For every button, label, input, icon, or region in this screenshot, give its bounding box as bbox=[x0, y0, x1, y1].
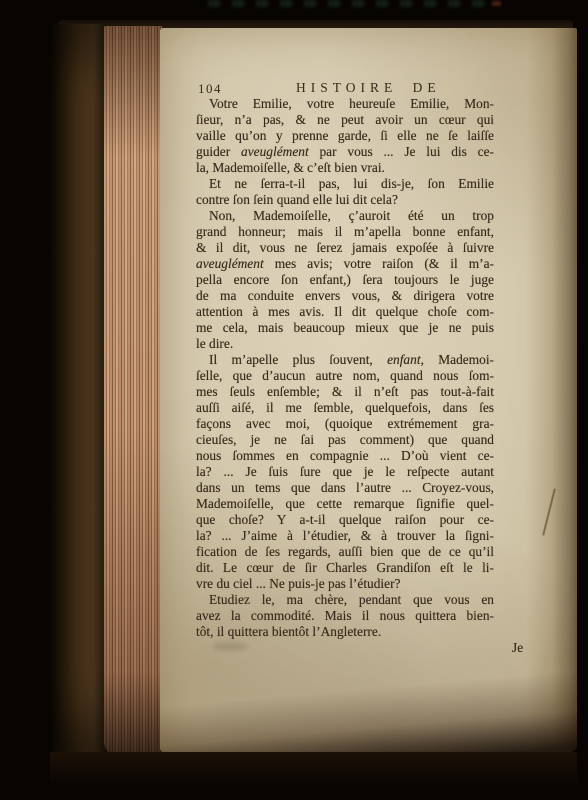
book-photo: 104 HISTOIRE DE Votre Emilie, votre heur… bbox=[0, 0, 588, 800]
text-segment: attention à mes avis. Il dit quelque cho… bbox=[196, 304, 494, 319]
text-segment: Votre Emilie, votre heureuſe Emilie, Mon… bbox=[209, 96, 494, 111]
page-bottom-shadow bbox=[160, 657, 577, 752]
text-line: vaille qu’on y prenne garde, ſi elle ne … bbox=[196, 128, 494, 144]
scan-artifact bbox=[208, 0, 484, 7]
text-segment: Il m’apelle plus ſouvent, bbox=[209, 352, 387, 367]
text-segment: la? ... J’aime à l’étudier, & à trouver … bbox=[196, 528, 494, 543]
text-segment: vaille qu’on y prenne garde, ſi elle ne … bbox=[196, 128, 494, 143]
text-line: Il m’apelle plus ſouvent, enfant, Mademo… bbox=[196, 352, 494, 368]
text-segment: aveuglément bbox=[241, 144, 309, 159]
text-segment: le dire. bbox=[196, 336, 233, 351]
text-segment: cieuſes, je ne ſai pas comment) que quan… bbox=[196, 432, 494, 447]
page-number: 104 bbox=[198, 81, 222, 97]
text-segment: par vous ... Je lui dis ce- bbox=[309, 144, 494, 159]
text-segment: Non, Mademoiſelle, ç’auroit été un trop bbox=[209, 208, 494, 223]
text-segment: la, Mademoiſelle, & c’eſt bien vrai. bbox=[196, 160, 385, 175]
text-block: Votre Emilie, votre heureuſe Emilie, Mon… bbox=[196, 96, 494, 640]
book-cover-edge bbox=[50, 24, 106, 760]
text-segment: ſieur, n’a pas, & ne peut avoir un cœur … bbox=[196, 112, 494, 127]
text-line: que choſe? Y a-t-il quelque raiſon pour … bbox=[196, 512, 494, 528]
text-line: auſſi aiſé, il me ſemble, quelquefois, d… bbox=[196, 400, 494, 416]
paragraph: Etudiez le, ma chère, pendant que vous e… bbox=[196, 592, 494, 640]
text-line: Votre Emilie, votre heureuſe Emilie, Mon… bbox=[196, 96, 494, 112]
text-line: grand honneur; mais il m’apella bonne en… bbox=[196, 224, 494, 240]
text-segment: enfant bbox=[387, 352, 420, 367]
text-segment: fication de ſes regards, auſſi bien que … bbox=[196, 544, 494, 559]
text-segment: aveuglément bbox=[196, 256, 264, 271]
text-line: me cela, mais beaucoup mieux que je ne p… bbox=[196, 320, 494, 336]
text-segment: avez la commodité. Mais il nous quittera… bbox=[196, 608, 494, 623]
scan-artifact-speck bbox=[492, 1, 501, 6]
paragraph: Non, Mademoiſelle, ç’auroit été un tropg… bbox=[196, 208, 494, 352]
text-line: tôt, il quittera bientôt l’Angleterre. bbox=[196, 624, 494, 640]
text-segment: la? ... Je ſuis ſure que je le reſpecte … bbox=[196, 464, 494, 479]
paragraph: Il m’apelle plus ſouvent, enfant, Mademo… bbox=[196, 352, 494, 592]
text-line: la, Mademoiſelle, & c’eſt bien vrai. bbox=[196, 160, 494, 176]
book-page: 104 HISTOIRE DE Votre Emilie, votre heur… bbox=[160, 28, 577, 752]
text-segment: Etudiez le, ma chère, pendant que vous e… bbox=[209, 592, 494, 607]
text-segment: mes avis; votre raiſon (& il m’a- bbox=[264, 256, 494, 271]
text-segment: mes ſeuls enſemble; & il n’eſt pas tout-… bbox=[196, 384, 494, 399]
text-segment: , Mademoi- bbox=[421, 352, 494, 367]
text-segment: Et ne ſerra-t-il pas, lui dis-je, ſon Em… bbox=[209, 176, 494, 191]
text-segment: auſſi aiſé, il me ſemble, quelquefois, d… bbox=[196, 400, 494, 415]
paragraph: Votre Emilie, votre heureuſe Emilie, Mon… bbox=[196, 96, 494, 176]
text-line: dans un tems que dans l’autre ... Croyez… bbox=[196, 480, 494, 496]
text-line: & il dit, vous ne ſerez jamais expoſée à… bbox=[196, 240, 494, 256]
text-segment: contre ſon ſein quand elle lui dit cela? bbox=[196, 192, 398, 207]
text-line: Non, Mademoiſelle, ç’auroit été un trop bbox=[196, 208, 494, 224]
text-line: guider aveuglément par vous ... Je lui d… bbox=[196, 144, 494, 160]
text-segment: de ma conduite envers vous, & dirigera v… bbox=[196, 288, 494, 303]
text-segment: vre du ciel ... Ne puis-je pas l’étudier… bbox=[196, 576, 401, 591]
text-line: pella encore ſon enfant,) ſera toujours … bbox=[196, 272, 494, 288]
ink-smudge bbox=[212, 642, 248, 651]
text-line: la? ... Je ſuis ſure que je le reſpecte … bbox=[196, 464, 494, 480]
text-line: Mademoiſelle, que cette remarque ſignifi… bbox=[196, 496, 494, 512]
text-line: ſieur, n’a pas, & ne peut avoir un cœur … bbox=[196, 112, 494, 128]
text-line: nous ſommes en compagnie ... D’où vient … bbox=[196, 448, 494, 464]
text-line: cieuſes, je ne ſai pas comment) que quan… bbox=[196, 432, 494, 448]
book-bottom-shadow bbox=[50, 752, 577, 800]
catchword: Je bbox=[512, 640, 523, 656]
text-line: la? ... J’aime à l’étudier, & à trouver … bbox=[196, 528, 494, 544]
text-line: de ma conduite envers vous, & dirigera v… bbox=[196, 288, 494, 304]
text-segment: dans un tems que dans l’autre ... Croyez… bbox=[196, 480, 494, 495]
text-line: façons avec moi, (quoique extrémement gr… bbox=[196, 416, 494, 432]
page-stack-fore-edge bbox=[104, 26, 162, 760]
text-segment: & il dit, vous ne ſerez jamais expoſée à… bbox=[196, 240, 494, 255]
text-segment: Mademoiſelle, que cette remarque ſignifi… bbox=[196, 496, 494, 511]
text-segment: pella encore ſon enfant,) ſera toujours … bbox=[196, 272, 494, 287]
text-segment: me cela, mais beaucoup mieux que je ne p… bbox=[196, 320, 494, 335]
text-line: ſelle, que d’aucun autre nom, quand nous… bbox=[196, 368, 494, 384]
text-line: dit. Le cœur de ſir Charles Grandiſon eſ… bbox=[196, 560, 494, 576]
text-line: mes ſeuls enſemble; & il n’eſt pas tout-… bbox=[196, 384, 494, 400]
text-segment: grand honneur; mais il m’apella bonne en… bbox=[196, 224, 494, 239]
text-line: attention à mes avis. Il dit quelque cho… bbox=[196, 304, 494, 320]
text-segment: ſelle, que d’aucun autre nom, quand nous… bbox=[196, 368, 494, 383]
text-line: Et ne ſerra-t-il pas, lui dis-je, ſon Em… bbox=[196, 176, 494, 192]
text-segment: façons avec moi, (quoique extrémement gr… bbox=[196, 416, 494, 431]
text-line: vre du ciel ... Ne puis-je pas l’étudier… bbox=[196, 576, 494, 592]
text-line: fication de ſes regards, auſſi bien que … bbox=[196, 544, 494, 560]
text-segment: nous ſommes en compagnie ... D’où vient … bbox=[196, 448, 494, 463]
text-line: Etudiez le, ma chère, pendant que vous e… bbox=[196, 592, 494, 608]
running-title: HISTOIRE DE bbox=[296, 80, 441, 96]
text-line: le dire. bbox=[196, 336, 494, 352]
text-line: aveuglément mes avis; votre raiſon (& il… bbox=[196, 256, 494, 272]
text-segment: que choſe? Y a-t-il quelque raiſon pour … bbox=[196, 512, 494, 527]
text-line: contre ſon ſein quand elle lui dit cela? bbox=[196, 192, 494, 208]
margin-mark bbox=[542, 489, 555, 536]
text-segment: guider bbox=[196, 144, 241, 159]
text-segment: dit. Le cœur de ſir Charles Grandiſon eſ… bbox=[196, 560, 494, 575]
paragraph: Et ne ſerra-t-il pas, lui dis-je, ſon Em… bbox=[196, 176, 494, 208]
text-segment: tôt, il quittera bientôt l’Angleterre. bbox=[196, 624, 381, 639]
text-line: avez la commodité. Mais il nous quittera… bbox=[196, 608, 494, 624]
